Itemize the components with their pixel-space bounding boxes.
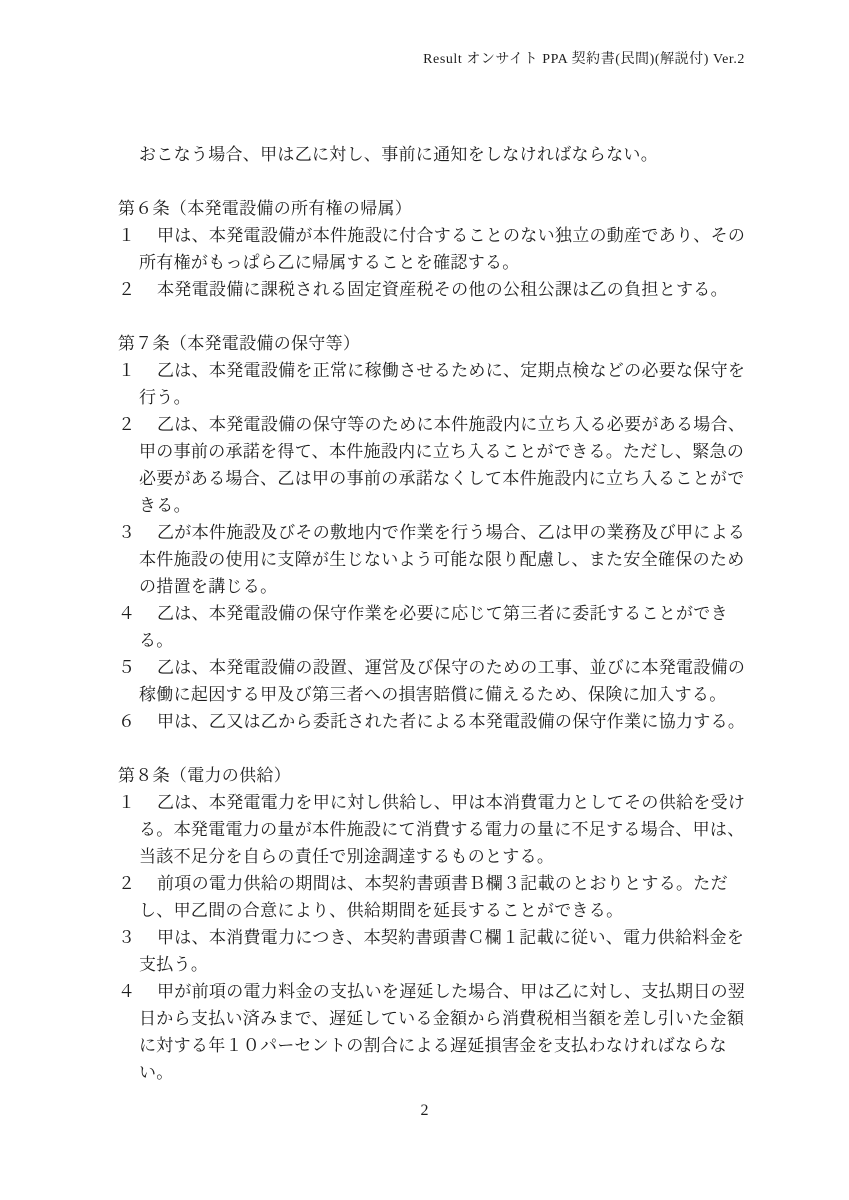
item-text: 乙は、本発電設備の保守等のために本件施設内に立ち入る必要がある場合、 甲の事前の… [139, 415, 745, 515]
item-text: 乙が本件施設及びその敷地内で作業を行う場合、乙は甲の業務及び甲による 本件施設の… [139, 523, 745, 596]
article-8-item-3: ３甲は、本消費電力につき、本契約書頭書Ｃ欄１記載に従い、電力供給料金を 支払う。 [118, 924, 778, 978]
item-number: ３ [118, 924, 157, 951]
article-7-item-4: ４乙は、本発電設備の保守作業を必要に応じて第三者に委託することができ る。 [118, 600, 778, 654]
article-7-item-2: ２乙は、本発電設備の保守等のために本件施設内に立ち入る必要がある場合、 甲の事前… [118, 411, 778, 519]
item-number: ２ [118, 276, 157, 303]
article-6: 第６条（本発電設備の所有権の帰属） １甲は、本発電設備が本件施設に付合することの… [118, 195, 778, 303]
article-8-item-4: ４甲が前項の電力料金の支払いを遅延した場合、甲は乙に対し、支払期日の翌 日から支… [118, 978, 778, 1086]
item-text: 乙は、本発電設備を正常に稼働させるために、定期点検などの必要な保守を 行う。 [139, 361, 745, 407]
item-text: 乙は、本発電設備の設置、運営及び保守のための工事、並びに本発電設備の 稼働に起因… [139, 658, 745, 704]
article-8: 第８条（電力の供給） １乙は、本発電電力を甲に対し供給し、甲は本消費電力としてそ… [118, 762, 778, 1086]
item-number: ２ [118, 870, 157, 897]
contract-document-page: Result オンサイト PPA 契約書(民間)(解説付) Ver.2 おこなう… [0, 0, 849, 1200]
article-7-heading: 第７条（本発電設備の保守等） [118, 330, 778, 357]
article-6-item-2: ２本発電設備に課税される固定資産税その他の公租公課は乙の負担とする。 [118, 276, 778, 303]
article-6-item-1: １甲は、本発電設備が本件施設に付合することのない独立の動産であり、その 所有権が… [118, 222, 778, 276]
item-number: ４ [118, 600, 157, 627]
item-number: ２ [118, 411, 157, 438]
paragraph-continuation: おこなう場合、甲は乙に対し、事前に通知をしなければならない。 [139, 141, 778, 168]
item-text: 甲は、本消費電力につき、本契約書頭書Ｃ欄１記載に従い、電力供給料金を 支払う。 [139, 928, 744, 974]
item-text: 本発電設備に課税される固定資産税その他の公租公課は乙の負担とする。 [157, 280, 728, 299]
item-text: 乙は、本発電設備の保守作業を必要に応じて第三者に委託することができ る。 [139, 604, 728, 650]
document-header-title: Result オンサイト PPA 契約書(民間)(解説付) Ver.2 [423, 48, 745, 68]
item-number: １ [118, 789, 157, 816]
item-text: 甲は、本発電設備が本件施設に付合することのない独立の動産であり、その 所有権がも… [139, 226, 745, 272]
item-number: ５ [118, 654, 157, 681]
article-8-heading: 第８条（電力の供給） [118, 762, 778, 789]
page-number: 2 [0, 1102, 849, 1120]
item-number: １ [118, 222, 157, 249]
article-7-item-5: ５乙は、本発電設備の設置、運営及び保守のための工事、並びに本発電設備の 稼働に起… [118, 654, 778, 708]
article-8-item-1: １乙は、本発電電力を甲に対し供給し、甲は本消費電力としてその供給を受け る。本発… [118, 789, 778, 870]
article-8-item-2: ２前項の電力供給の期間は、本契約書頭書Ｂ欄３記載のとおりとする。ただ し、甲乙間… [118, 870, 778, 924]
article-7-item-3: ３乙が本件施設及びその敷地内で作業を行う場合、乙は甲の業務及び甲による 本件施設… [118, 519, 778, 600]
item-text: 甲は、乙又は乙から委託された者による本発電設備の保守作業に協力する。 [157, 712, 745, 731]
article-6-heading: 第６条（本発電設備の所有権の帰属） [118, 195, 778, 222]
item-number: １ [118, 357, 157, 384]
item-text: 乙は、本発電電力を甲に対し供給し、甲は本消費電力としてその供給を受け る。本発電… [139, 793, 745, 866]
item-text: 前項の電力供給の期間は、本契約書頭書Ｂ欄３記載のとおりとする。ただ し、甲乙間の… [139, 874, 728, 920]
item-text: 甲が前項の電力料金の支払いを遅延した場合、甲は乙に対し、支払期日の翌 日から支払… [139, 982, 745, 1082]
item-number: ６ [118, 708, 157, 735]
article-7-item-1: １乙は、本発電設備を正常に稼働させるために、定期点検などの必要な保守を 行う。 [118, 357, 778, 411]
document-body: おこなう場合、甲は乙に対し、事前に通知をしなければならない。 第６条（本発電設備… [118, 141, 778, 1086]
item-number: ３ [118, 519, 157, 546]
item-number: ４ [118, 978, 157, 1005]
article-7: 第７条（本発電設備の保守等） １乙は、本発電設備を正常に稼働させるために、定期点… [118, 330, 778, 735]
article-7-item-6: ６甲は、乙又は乙から委託された者による本発電設備の保守作業に協力する。 [118, 708, 778, 735]
